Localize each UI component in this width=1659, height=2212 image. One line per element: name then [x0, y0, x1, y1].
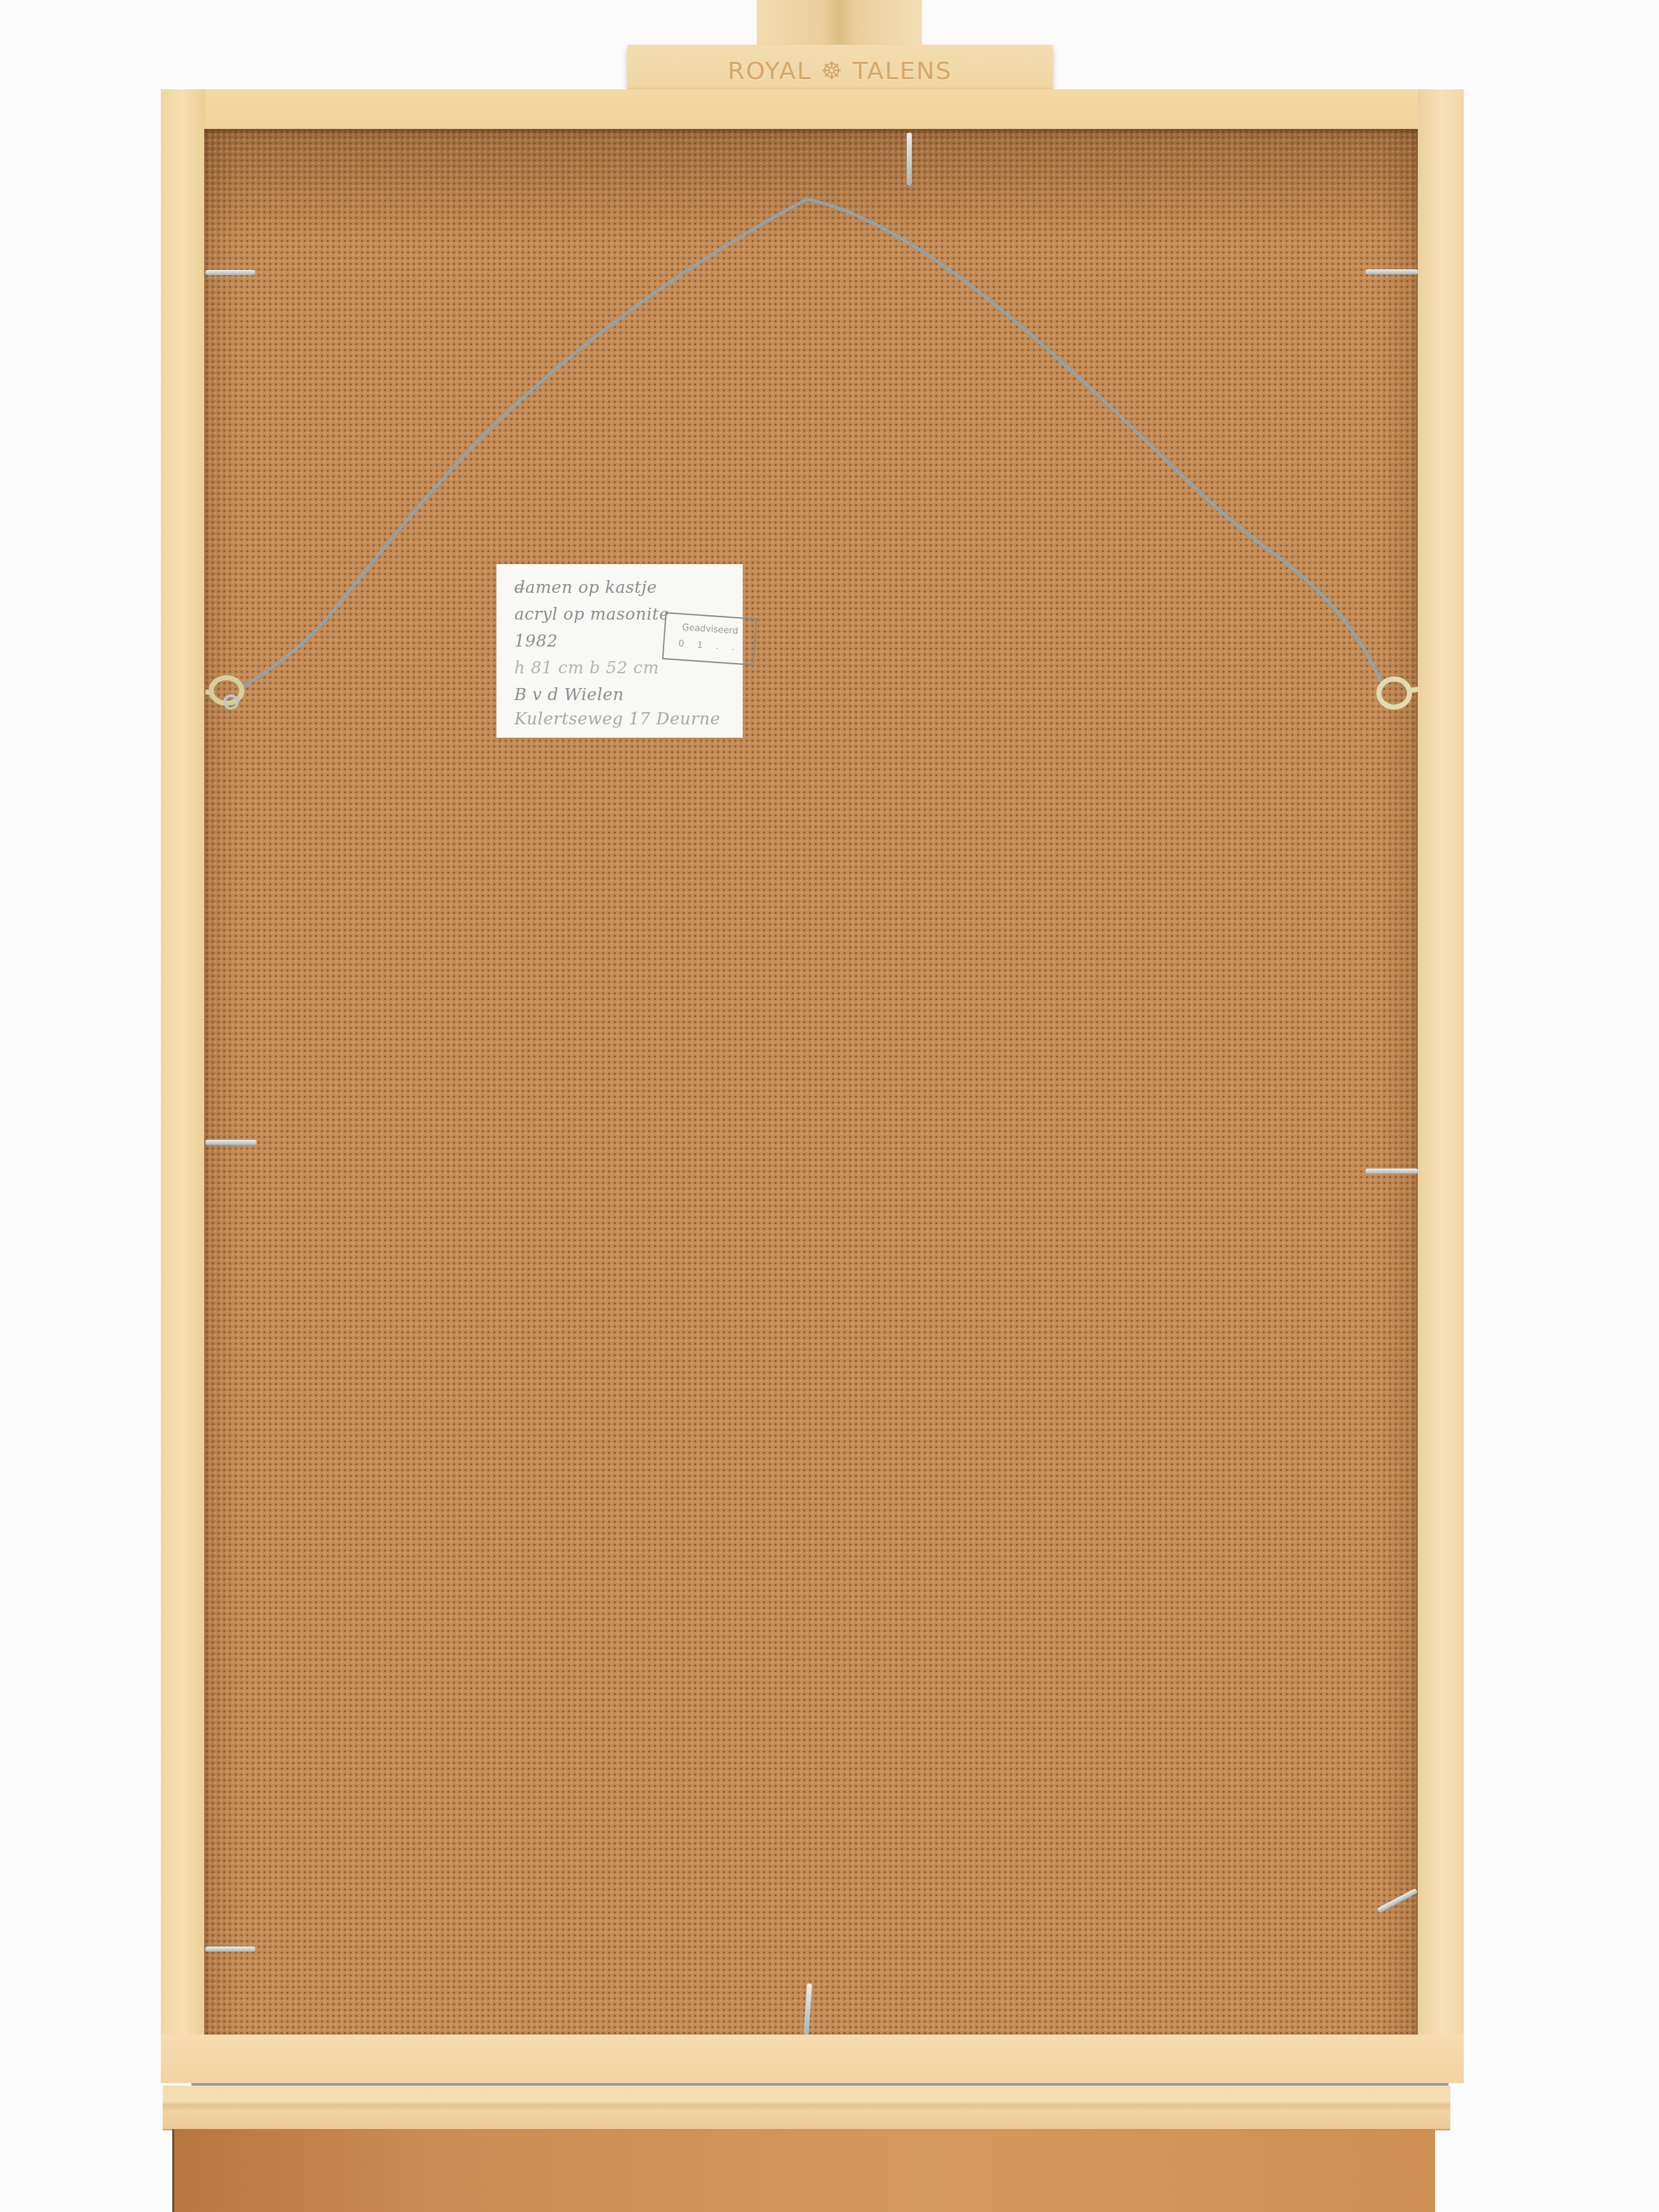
label-dimensions: h 81 cm b 52 cm	[514, 659, 659, 678]
easel-ledge	[163, 2086, 1450, 2130]
label-title: d̶amen op kastje	[514, 578, 657, 597]
label-address: Kulertseweg 17 Deurne	[514, 710, 720, 729]
artwork-label: d̶amen op kastje acryl op masonite 1982 …	[496, 564, 743, 738]
stamp-date: 0 1 . .	[664, 638, 754, 654]
hanging-wire	[0, 0, 1659, 2212]
eye-hook-left-icon	[205, 678, 242, 708]
label-artist: B v d Wielen	[514, 685, 624, 705]
label-medium: acryl op masonite	[514, 605, 669, 624]
eye-hook-right-icon	[1379, 679, 1419, 707]
label-year: 1982	[514, 632, 558, 651]
advisory-stamp: Geadviseerd 0 1 . .	[662, 612, 757, 666]
easel-board	[172, 2129, 1435, 2212]
stamp-text: Geadviseerd	[666, 621, 755, 638]
